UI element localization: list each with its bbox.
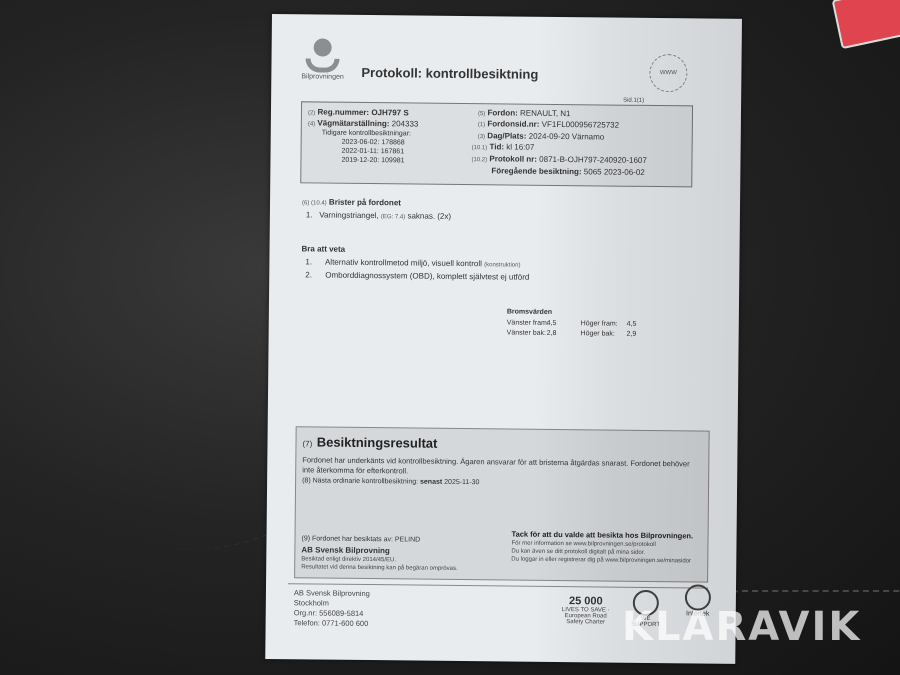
previous-inspection-row: 2019-12-20: 109981 — [341, 157, 404, 165]
bilprovningen-logo: Bilprovningen — [301, 38, 343, 80]
inspection-report: Bilprovningen Protokoll: kontrollbesiktn… — [265, 14, 742, 664]
next-inspection: (8) Nästa ordinarie kontrollbesiktning: … — [302, 477, 479, 486]
brake-values-heading: Bromsvärden — [507, 308, 637, 316]
defects-heading: (6) (10.4) Brister på fordonet — [302, 197, 401, 207]
info-line: För mer information se www.bilprovningen… — [511, 541, 655, 549]
result-heading: (7) Besiktningsresultat — [302, 433, 437, 452]
result-box: (7) Besiktningsresultat Fordonet har und… — [294, 426, 710, 582]
footer-phone: Telefon: 0771-600 600 — [294, 618, 370, 629]
footer-company-info: AB Svensk Bilprovning Stockholm Org.nr: … — [294, 588, 370, 629]
vehicle-model: (5) Fordon: RENAULT, N1 — [478, 108, 571, 118]
previous-inspection: Föregående besiktning: 5065 2023-06-02 — [491, 166, 645, 177]
good-to-know-item: 1. Alternativ kontrollmetod miljö, visue… — [305, 257, 520, 268]
previous-inspection-row: 2022-01-11: 167861 — [342, 148, 405, 156]
result-text: Fordonet har underkänts vid kontrollbesi… — [302, 455, 702, 479]
company-name: AB Svensk Bilprovning — [301, 545, 390, 555]
appeal-note: Resultatet vid denna besiktning kan på b… — [301, 564, 457, 572]
info-line: Du kan även se ditt protokoll digitalt p… — [511, 549, 645, 556]
footer-divider — [288, 583, 708, 588]
good-to-know-item: 2. Omborddiagnossystem (OBD), komplett s… — [305, 270, 529, 281]
protocol-number: (10.2) Protokoll nr: 0871-B-OJH797-24092… — [471, 154, 646, 165]
watermark: KLARAVIK — [622, 604, 861, 650]
road-safety-badge: 25 000 LIVES TO SAVE · European Road Saf… — [556, 595, 616, 626]
info-line: Du loggar in eller registrerar dig på ww… — [511, 557, 691, 565]
defect-item: 1. Varningstriangel, (EG: 7.4) saknas. (… — [306, 210, 451, 221]
previous-inspection-row: 2023-06-02: 178868 — [342, 139, 405, 147]
reg-number: (2) Reg.nummer: OJH797 S — [308, 107, 409, 117]
logo-circle-icon — [314, 38, 332, 56]
previous-inspections-label: Tidigare kontrollbesiktningar: — [322, 130, 411, 138]
swedac-badge-icon: WWW — [649, 54, 687, 92]
odometer: (4) Vägmätarställning: 204333 — [308, 118, 419, 128]
page-indicator: Sid.1(1) — [623, 98, 644, 104]
vehicle-info-box: (2) Reg.nummer: OJH797 S (4) Vägmätarstä… — [300, 101, 693, 187]
directive: Besiktad enligt direktiv 2014/45/EU. — [301, 556, 396, 563]
inspection-time: (10.1) Tid: kl 16:07 — [472, 142, 535, 152]
inspector: (9) Fordonet har besiktats av: PELIND — [301, 535, 420, 543]
logo-cup-icon — [305, 58, 339, 72]
good-to-know-heading: Bra att veta — [301, 244, 345, 253]
brake-front-row: Vänster fram: 4,5 Höger fram: 4,5 — [507, 319, 637, 327]
brake-rear-row: Vänster bak: 2,8 Höger bak: 2,9 — [507, 329, 637, 337]
date-place: (3) Dag/Plats: 2024-09-20 Värnamo — [478, 131, 605, 141]
brake-values: Bromsvärden Vänster fram: 4,5 Höger fram… — [507, 308, 637, 337]
logo-text: Bilprovningen — [301, 73, 343, 80]
red-tag — [832, 0, 900, 49]
vin: (1) Fordonsid.nr: VF1FL000956725732 — [478, 119, 619, 129]
thanks-message: Tack för att du valde att besikta hos Bi… — [512, 530, 694, 541]
report-title: Protokoll: kontrollbesiktning — [361, 65, 538, 82]
